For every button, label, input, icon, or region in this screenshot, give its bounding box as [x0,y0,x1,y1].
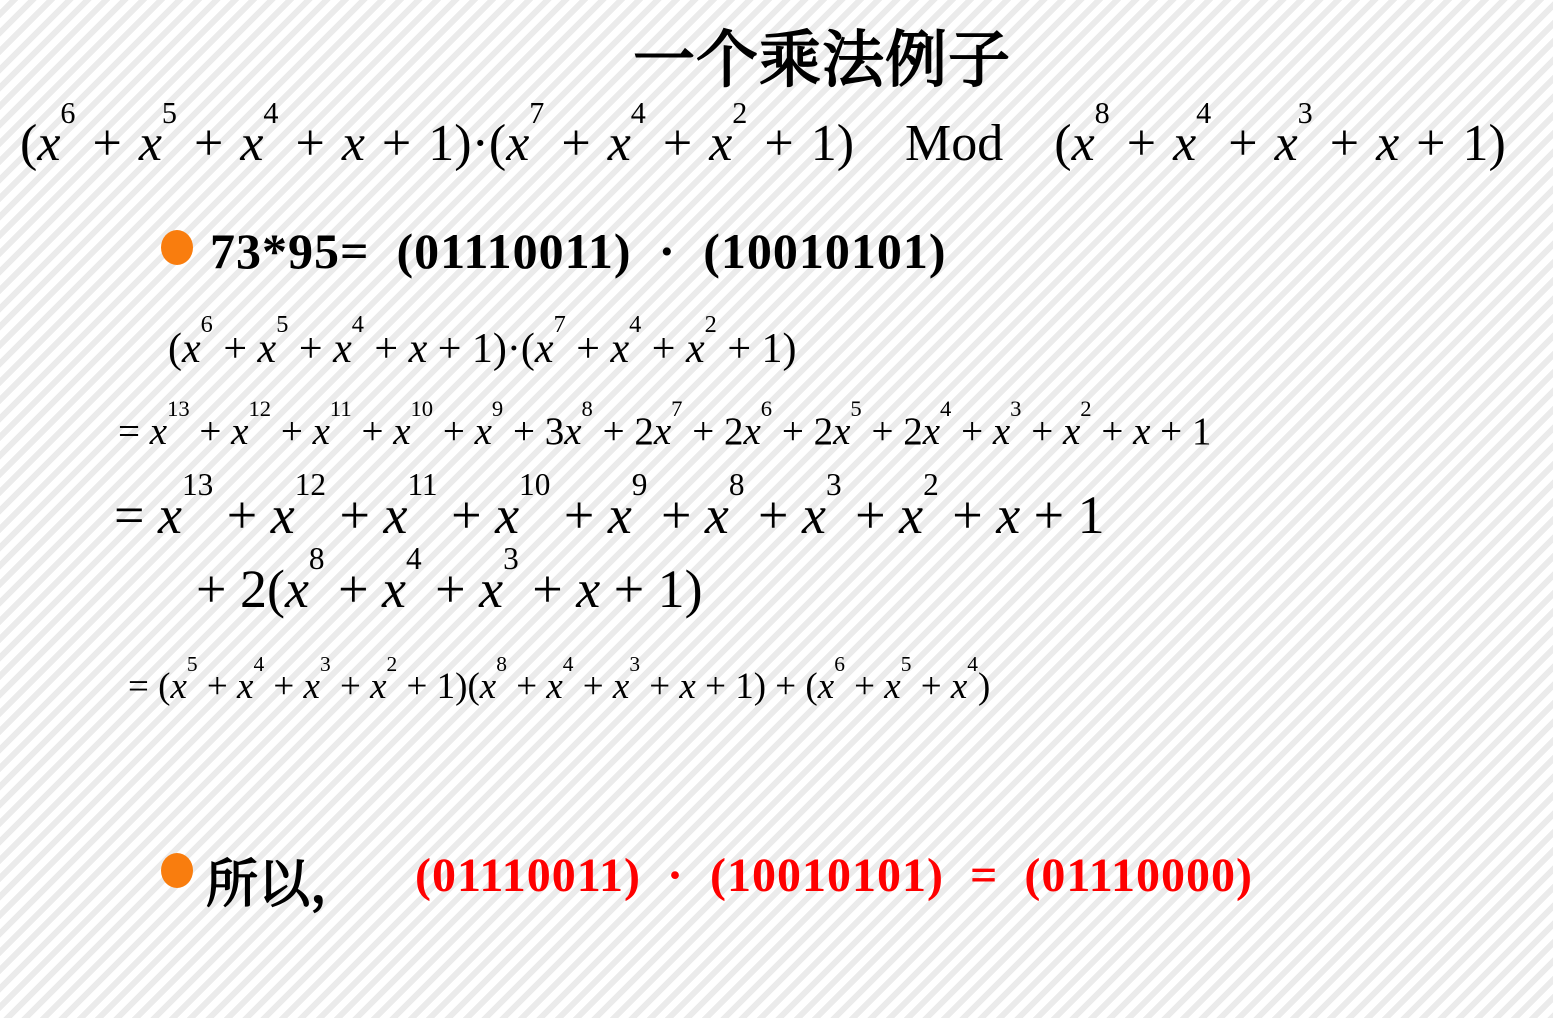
bullet-icon [161,230,193,265]
bullet-multiplication-statement: 73*95= (01110011) · (10010101) [210,222,947,280]
header-mod-formula: (x6 + x5 + x4 + x + 1)·(x7 + x4 + x2 + 1… [20,118,1506,170]
conclusion-label: 所以， [206,842,362,917]
derivation-line-quotient-remainder: = (x5 + x4 + x3 + x2 + 1)(x8 + x4 + x3 +… [128,668,990,705]
derivation-line-expanded: = x13 + x12 + x11 + x10 + x9 + 3x8 + 2x7… [118,412,1211,451]
derivation-line-reduced: = x13 + x12 + x11 + x10 + x9 + x8 + x3 +… [114,488,1105,542]
conclusion-result-formula: (01110011) · (10010101) = (01110000) [415,848,1253,903]
slide-title: 一个乘法例子 [633,10,1011,99]
bullet-icon [161,853,193,888]
presentation-slide: 一个乘法例子 (x6 + x5 + x4 + x + 1)·(x7 + x4 +… [0,0,1553,1018]
derivation-line-product: (x6 + x5 + x4 + x + 1)·(x7 + x4 + x2 + 1… [168,328,797,370]
derivation-line-plus-two-modulus: + 2(x8 + x4 + x3 + x + 1) [196,562,703,616]
